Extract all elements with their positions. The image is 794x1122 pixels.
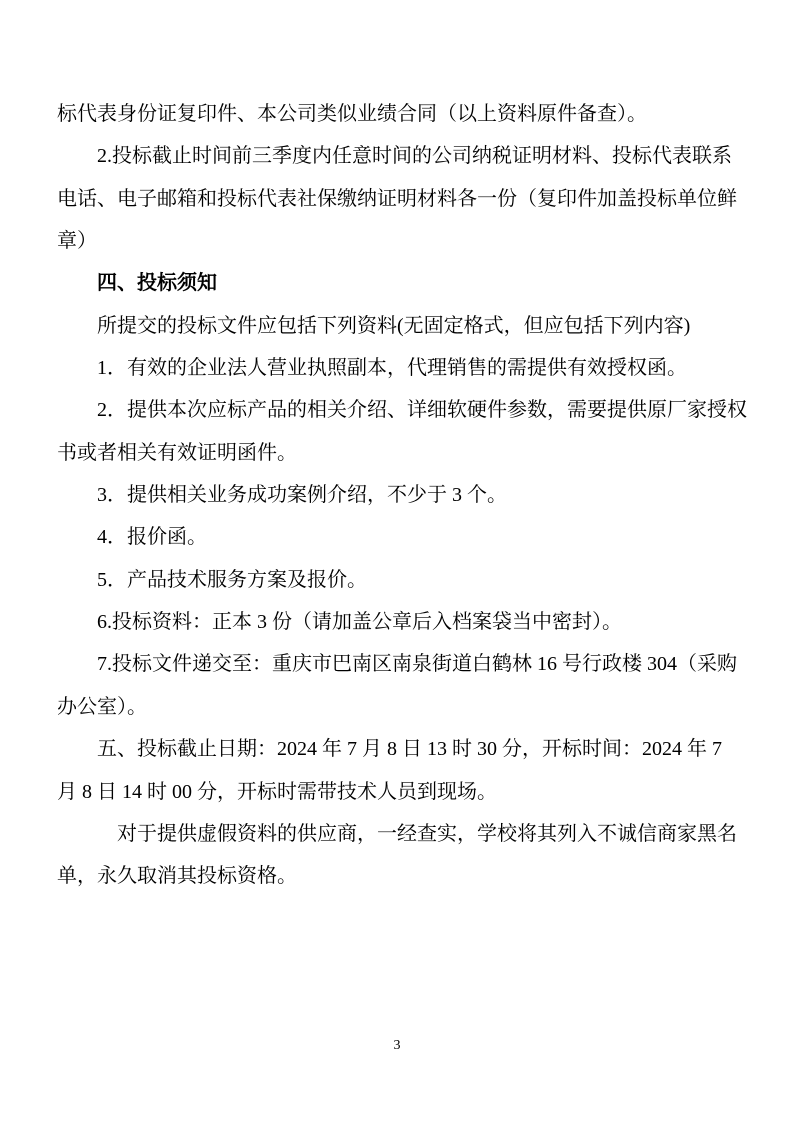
paragraph-line: 标代表身份证复印件、本公司类似业绩合同（以上资料原件备查）。 xyxy=(57,93,738,135)
list-item-line: 书或者相关有效证明函件。 xyxy=(57,432,738,474)
list-item-line: 2．提供本次应标产品的相关介绍、详细软硬件参数，需要提供原厂家授权 xyxy=(57,389,738,431)
paragraph-line: 五、投标截止日期：2024 年 7 月 8 日 13 时 30 分，开标时间：2… xyxy=(57,728,738,770)
list-item-line: 7.投标文件递交至：重庆市巴南区南泉街道白鹤林 16 号行政楼 304（采购 xyxy=(57,643,738,685)
paragraph-line: 月 8 日 14 时 00 分，开标时需带技术人员到现场。 xyxy=(57,771,738,813)
paragraph-line: 电话、电子邮箱和投标代表社保缴纳证明材料各一份（复印件加盖投标单位鲜 xyxy=(57,178,738,220)
page-number: 3 xyxy=(0,1036,794,1056)
paragraph-line: 章） xyxy=(57,220,738,262)
list-item-line: 办公室）。 xyxy=(57,686,738,728)
document-page: 标代表身份证复印件、本公司类似业绩合同（以上资料原件备查）。 2.投标截止时间前… xyxy=(0,0,794,1122)
paragraph-line: 所提交的投标文件应包括下列资料(无固定格式，但应包括下列内容) xyxy=(57,305,738,347)
list-item-line: 5．产品技术服务方案及报价。 xyxy=(57,559,738,601)
section-heading: 四、投标须知 xyxy=(57,262,738,304)
document-body: 标代表身份证复印件、本公司类似业绩合同（以上资料原件备查）。 2.投标截止时间前… xyxy=(57,93,738,898)
paragraph-line: 单，永久取消其投标资格。 xyxy=(57,855,738,897)
paragraph-line: 对于提供虚假资料的供应商，一经查实，学校将其列入不诚信商家黑名 xyxy=(57,813,738,855)
list-item-line: 4．报价函。 xyxy=(57,516,738,558)
list-item-line: 6.投标资料：正本 3 份（请加盖公章后入档案袋当中密封）。 xyxy=(57,601,738,643)
list-item-line: 3．提供相关业务成功案例介绍，不少于 3 个。 xyxy=(57,474,738,516)
list-item-line: 1．有效的企业法人营业执照副本，代理销售的需提供有效授权函。 xyxy=(57,347,738,389)
paragraph-line: 2.投标截止时间前三季度内任意时间的公司纳税证明材料、投标代表联系 xyxy=(57,135,738,177)
